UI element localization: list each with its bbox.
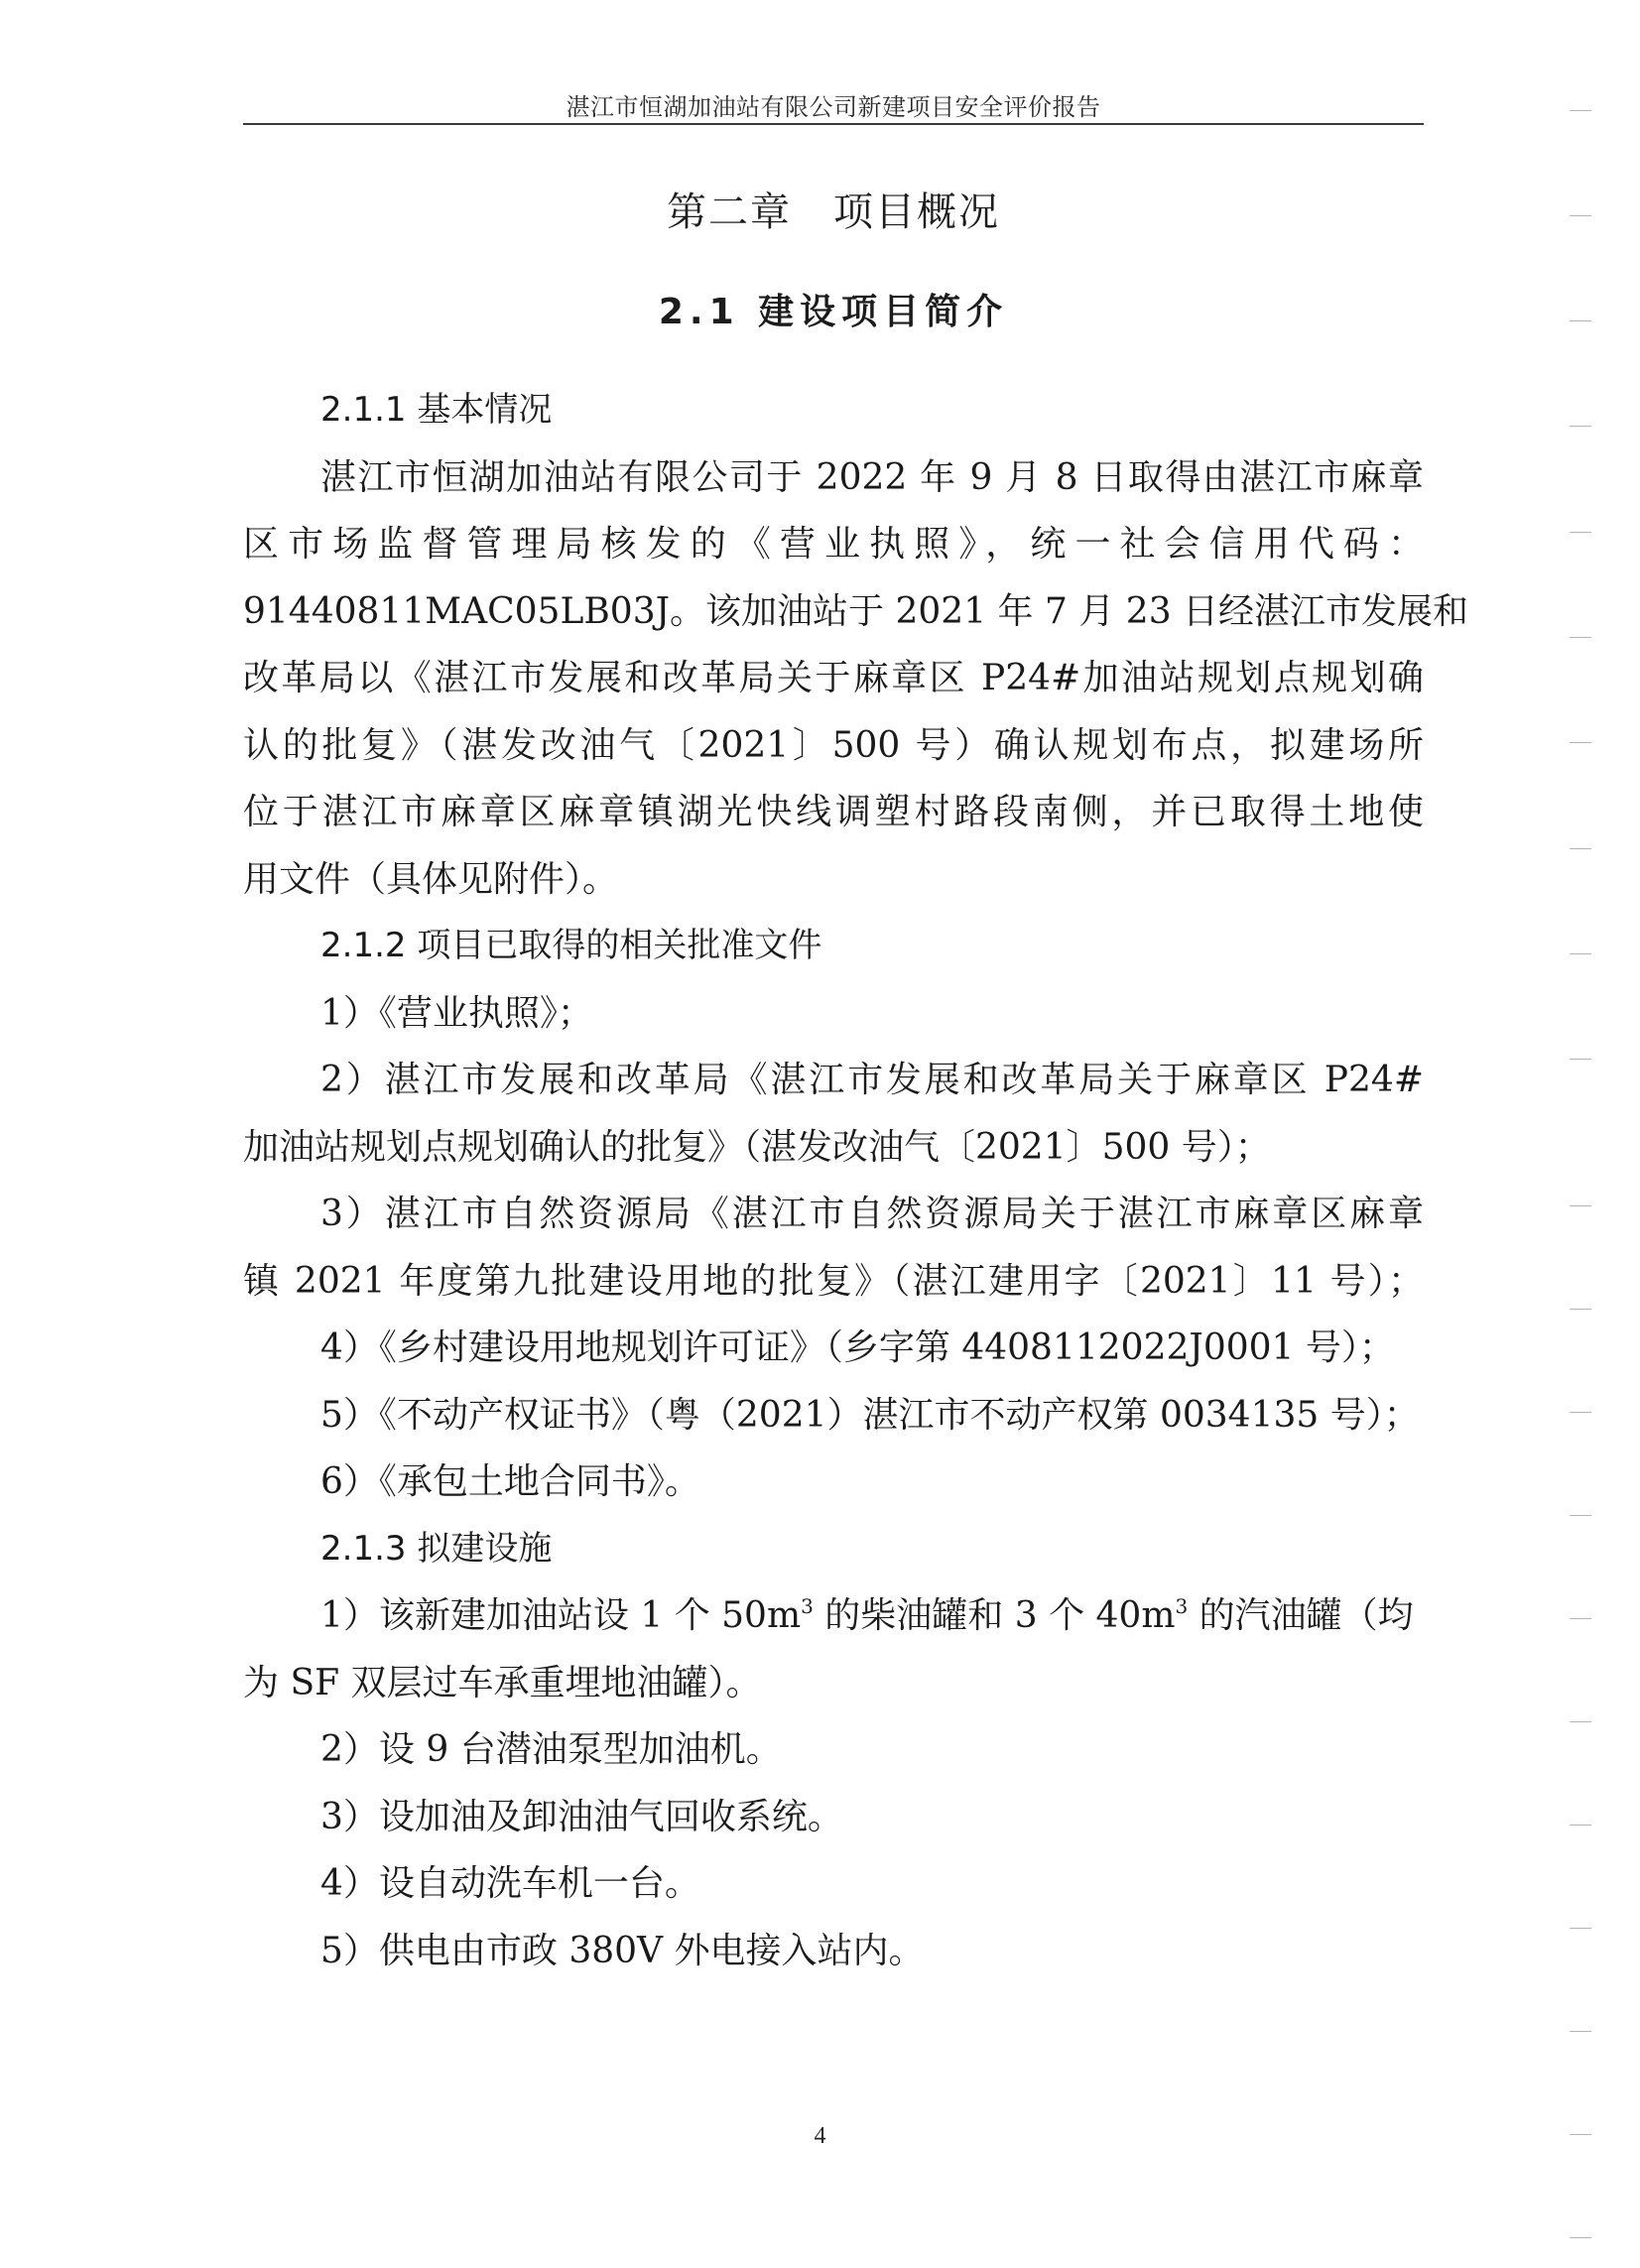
binding-mark bbox=[1570, 1205, 1591, 1206]
list-item: 3）设加油及卸油油气回收系统。 bbox=[243, 1784, 1424, 1851]
subsection-heading: 2.1.3 拟建设施 bbox=[243, 1516, 1424, 1583]
document-page: 湛江市恒湖加油站有限公司新建项目安全评价报告 第二章 项目概况 2.1 建设项目… bbox=[0, 0, 1640, 2268]
superscript: 3 bbox=[801, 1594, 814, 1618]
list-item: 4）设自动洗车机一台。 bbox=[243, 1850, 1424, 1918]
list-item: 5）供电由市政 380V 外电接入站内。 bbox=[243, 1918, 1424, 1985]
binding-mark bbox=[1570, 1825, 1591, 1826]
binding-mark bbox=[1570, 1412, 1591, 1413]
paragraph-line: 认的批复》（湛发改油气〔2021〕500 号）确认规划布点，拟建场所 bbox=[243, 712, 1424, 780]
binding-mark bbox=[1570, 2134, 1591, 2135]
binding-mark bbox=[1570, 1928, 1591, 1929]
page-number: 4 bbox=[0, 2123, 1640, 2150]
list-item: 1）该新建加油站设 1 个 50m3 的柴油罐和 3 个 40m3 的汽油罐（均 bbox=[243, 1582, 1424, 1650]
binding-mark bbox=[1570, 110, 1591, 111]
binding-mark bbox=[1570, 215, 1591, 216]
paragraph-line: 改革局以《湛江市发展和改革局关于麻章区 P24#加油站规划点规划确 bbox=[243, 645, 1424, 712]
binding-mark bbox=[1570, 1515, 1591, 1516]
list-item: 5）《不动产权证书》（粤（2021）湛江市不动产权第 0034135 号）； bbox=[243, 1382, 1424, 1449]
binding-mark bbox=[1570, 320, 1591, 321]
section-title: 2.1 建设项目简介 bbox=[243, 284, 1424, 334]
paragraph-line: 湛江市恒湖加油站有限公司于 2022 年 9 月 8 日取得由湛江市麻章 bbox=[243, 444, 1424, 512]
binding-mark bbox=[1570, 2031, 1591, 2032]
binding-mark bbox=[1570, 953, 1591, 954]
subsection-heading: 2.1.1 基本情况 bbox=[243, 377, 1424, 444]
paragraph-line: 位于湛江市麻章区麻章镇湖光快线调塑村路段南侧，并已取得土地使 bbox=[243, 779, 1424, 846]
superscript: 3 bbox=[1175, 1594, 1188, 1618]
list-item: 2）湛江市发展和改革局《湛江市发展和改革局关于麻章区 P24# bbox=[243, 1047, 1424, 1114]
text-segment: 的汽油罐（均 bbox=[1188, 1595, 1413, 1636]
binding-mark bbox=[1570, 426, 1591, 427]
binding-mark bbox=[1570, 1309, 1591, 1310]
list-item: 3）湛江市自然资源局《湛江市自然资源局关于湛江市麻章区麻章 bbox=[243, 1181, 1424, 1248]
binding-mark bbox=[1570, 742, 1591, 743]
subsection-heading: 2.1.2 项目已取得的相关批准文件 bbox=[243, 913, 1424, 980]
list-item: 4）《乡村建设用地规划许可证》（乡字第 4408112022J0001 号）； bbox=[243, 1315, 1424, 1382]
paragraph-line: 用文件（具体见附件）。 bbox=[243, 846, 1424, 914]
binding-mark bbox=[1570, 1721, 1591, 1722]
text-segment: 的柴油罐和 3 个 40m bbox=[814, 1595, 1176, 1636]
binding-mark bbox=[1570, 637, 1591, 638]
binding-mark bbox=[1570, 1618, 1591, 1619]
paragraph-line: 91440811MAC05LB03J。该加油站于 2021 年 7 月 23 日… bbox=[243, 578, 1424, 646]
list-item-continued: 镇 2021 年度第九批建设用地的批复》（湛江建用字〔2021〕11 号）； bbox=[243, 1248, 1424, 1316]
binding-mark bbox=[1570, 2237, 1591, 2238]
list-item-continued: 加油站规划点规划确认的批复》（湛发改油气〔2021〕500 号）； bbox=[243, 1114, 1424, 1182]
document-body: 2.1.1 基本情况 湛江市恒湖加油站有限公司于 2022 年 9 月 8 日取… bbox=[243, 377, 1424, 1984]
binding-mark bbox=[1570, 532, 1591, 533]
paragraph-line: 区市场监督管理局核发的《营业执照》，统一社会信用代码： bbox=[243, 511, 1424, 578]
binding-mark bbox=[1570, 848, 1591, 849]
list-item: 2）设 9 台潜油泵型加油机。 bbox=[243, 1716, 1424, 1784]
running-header: 湛江市恒湖加油站有限公司新建项目安全评价报告 bbox=[243, 87, 1424, 122]
list-item: 6）《承包土地合同书》。 bbox=[243, 1449, 1424, 1516]
header-rule bbox=[243, 123, 1424, 125]
list-item: 1）《营业执照》； bbox=[243, 980, 1424, 1048]
list-item-continued: 为 SF 双层过车承重埋地油罐）。 bbox=[243, 1650, 1424, 1717]
text-segment: 1）该新建加油站设 1 个 50m bbox=[320, 1595, 801, 1636]
binding-mark bbox=[1570, 1059, 1591, 1060]
chapter-title: 第二章 项目概况 bbox=[243, 181, 1424, 237]
